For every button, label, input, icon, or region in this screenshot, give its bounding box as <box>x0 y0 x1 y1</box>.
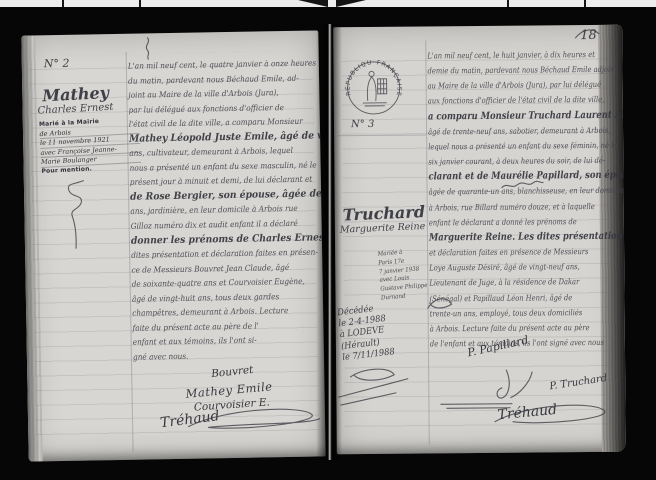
margin-horizontal-rule <box>338 134 426 136</box>
handwritten-line: (Sénégal) et Papillaud Léon Henri, âgé d… <box>429 290 580 306</box>
center-marker-left-triangle-icon <box>298 0 328 7</box>
handwritten-line: à Arbois, rue Billard numéro douze, et à… <box>429 199 580 215</box>
margin-name-firstnames: Marguerite Reine <box>340 221 426 236</box>
stamp-text-right: FRANÇAISE <box>376 59 403 97</box>
handwritten-line: a comparu Monsieur Truchard Laurent Albe… <box>428 108 579 124</box>
signature-officer: Tréhaud <box>497 402 558 424</box>
page-edge-stack-left <box>21 35 42 461</box>
film-header-strip <box>0 0 656 7</box>
handwritten-line: Lieutenant de Juge, à la résidence de Da… <box>429 274 580 290</box>
act-number: N° 3 <box>351 119 374 130</box>
handwritten-line: lequel nous a présenté un enfant du sexe… <box>428 138 579 154</box>
handwritten-line: clarant et de Maurélie Papillard, son ép… <box>428 168 579 184</box>
death-note-paraph <box>336 362 446 409</box>
handwritten-line: trente-un ans, employé, tous deux domici… <box>430 305 581 321</box>
handwritten-line: six janvier courant, à deux heures du so… <box>428 153 579 169</box>
signature-bouvret: Bouvret <box>211 364 254 380</box>
handwritten-line: Marguerite Reine. Les dites présentation <box>429 229 580 245</box>
handwritten-line: âgée de quarante-un ans, blanchisseuse, … <box>429 184 580 200</box>
handwritten-line: et déclaration faites en présence de Mes… <box>429 244 580 260</box>
center-marker-right-triangle-icon <box>336 0 366 7</box>
folio-page-number: 18 <box>580 28 597 43</box>
act-body-text: L'an mil neuf cent, le huit janvier, à d… <box>427 47 610 352</box>
signature-officer: Tréhaud <box>159 408 220 431</box>
film-strip-tick <box>139 0 141 7</box>
handwritten-line: demie du matin, pardevant nous Béchaud E… <box>427 62 578 78</box>
handwritten-line: L'an mil neuf cent, le huit janvier, à d… <box>427 47 578 63</box>
svg-text:FRANÇAISE: FRANÇAISE <box>376 59 403 97</box>
marriage-margin-note: Mariée àParis 17e7 janvier 1938avec Loui… <box>377 247 432 304</box>
handwritten-line: Loye Auguste Désiré, âgé de vingt-neuf a… <box>429 259 580 275</box>
officer-paraph <box>54 176 100 252</box>
handwritten-line: âgé de trente-neuf ans, sabotier, demeur… <box>428 123 579 139</box>
register-left-page: N° 2 Mathey Charles Ernest Marié à la Ma… <box>21 30 325 461</box>
handwritten-line: enfant le déclarant a donné les prénoms … <box>429 214 580 230</box>
handwritten-line: à Arbois. Lecture faite du présent acte … <box>430 320 581 336</box>
republique-francaise-stamp-icon: RÉPUBLIQUE FRANÇAISE <box>344 59 403 118</box>
svg-text:RÉPUBLIQUE: RÉPUBLIQUE <box>344 59 373 97</box>
marriage-mention-stamp: Marié à la Mairiede Arboisle 11 novembre… <box>39 116 142 177</box>
stamp-text-left: RÉPUBLIQUE <box>344 59 373 97</box>
handwritten-line: au Maire de la ville d'Arbois (Jura), pa… <box>428 77 579 93</box>
act-number: N° 2 <box>44 57 70 70</box>
signature-truchard: P. Truchard <box>549 373 608 392</box>
handwritten-line: gné avec nous. <box>133 347 317 365</box>
register-right-page: 18 RÉPUBLIQUE FRANÇAISE N° 3 Truchard Ma… <box>333 25 626 455</box>
film-strip-tick <box>507 0 509 7</box>
pencil-mark <box>139 35 159 61</box>
film-strip-tick <box>62 0 64 7</box>
act-body-text: L'an mil neuf cent, le quatre janvier à … <box>128 56 326 365</box>
handwritten-line: aux fonctions d'officier de l'état civil… <box>428 93 579 109</box>
film-strip-tick <box>584 0 586 7</box>
death-margin-note: Décédéele 2-4-1988à LODEVE(Hérault)le 7/… <box>337 302 400 364</box>
microfilm-scan: N° 2 Mathey Charles Ernest Marié à la Ma… <box>0 0 656 480</box>
